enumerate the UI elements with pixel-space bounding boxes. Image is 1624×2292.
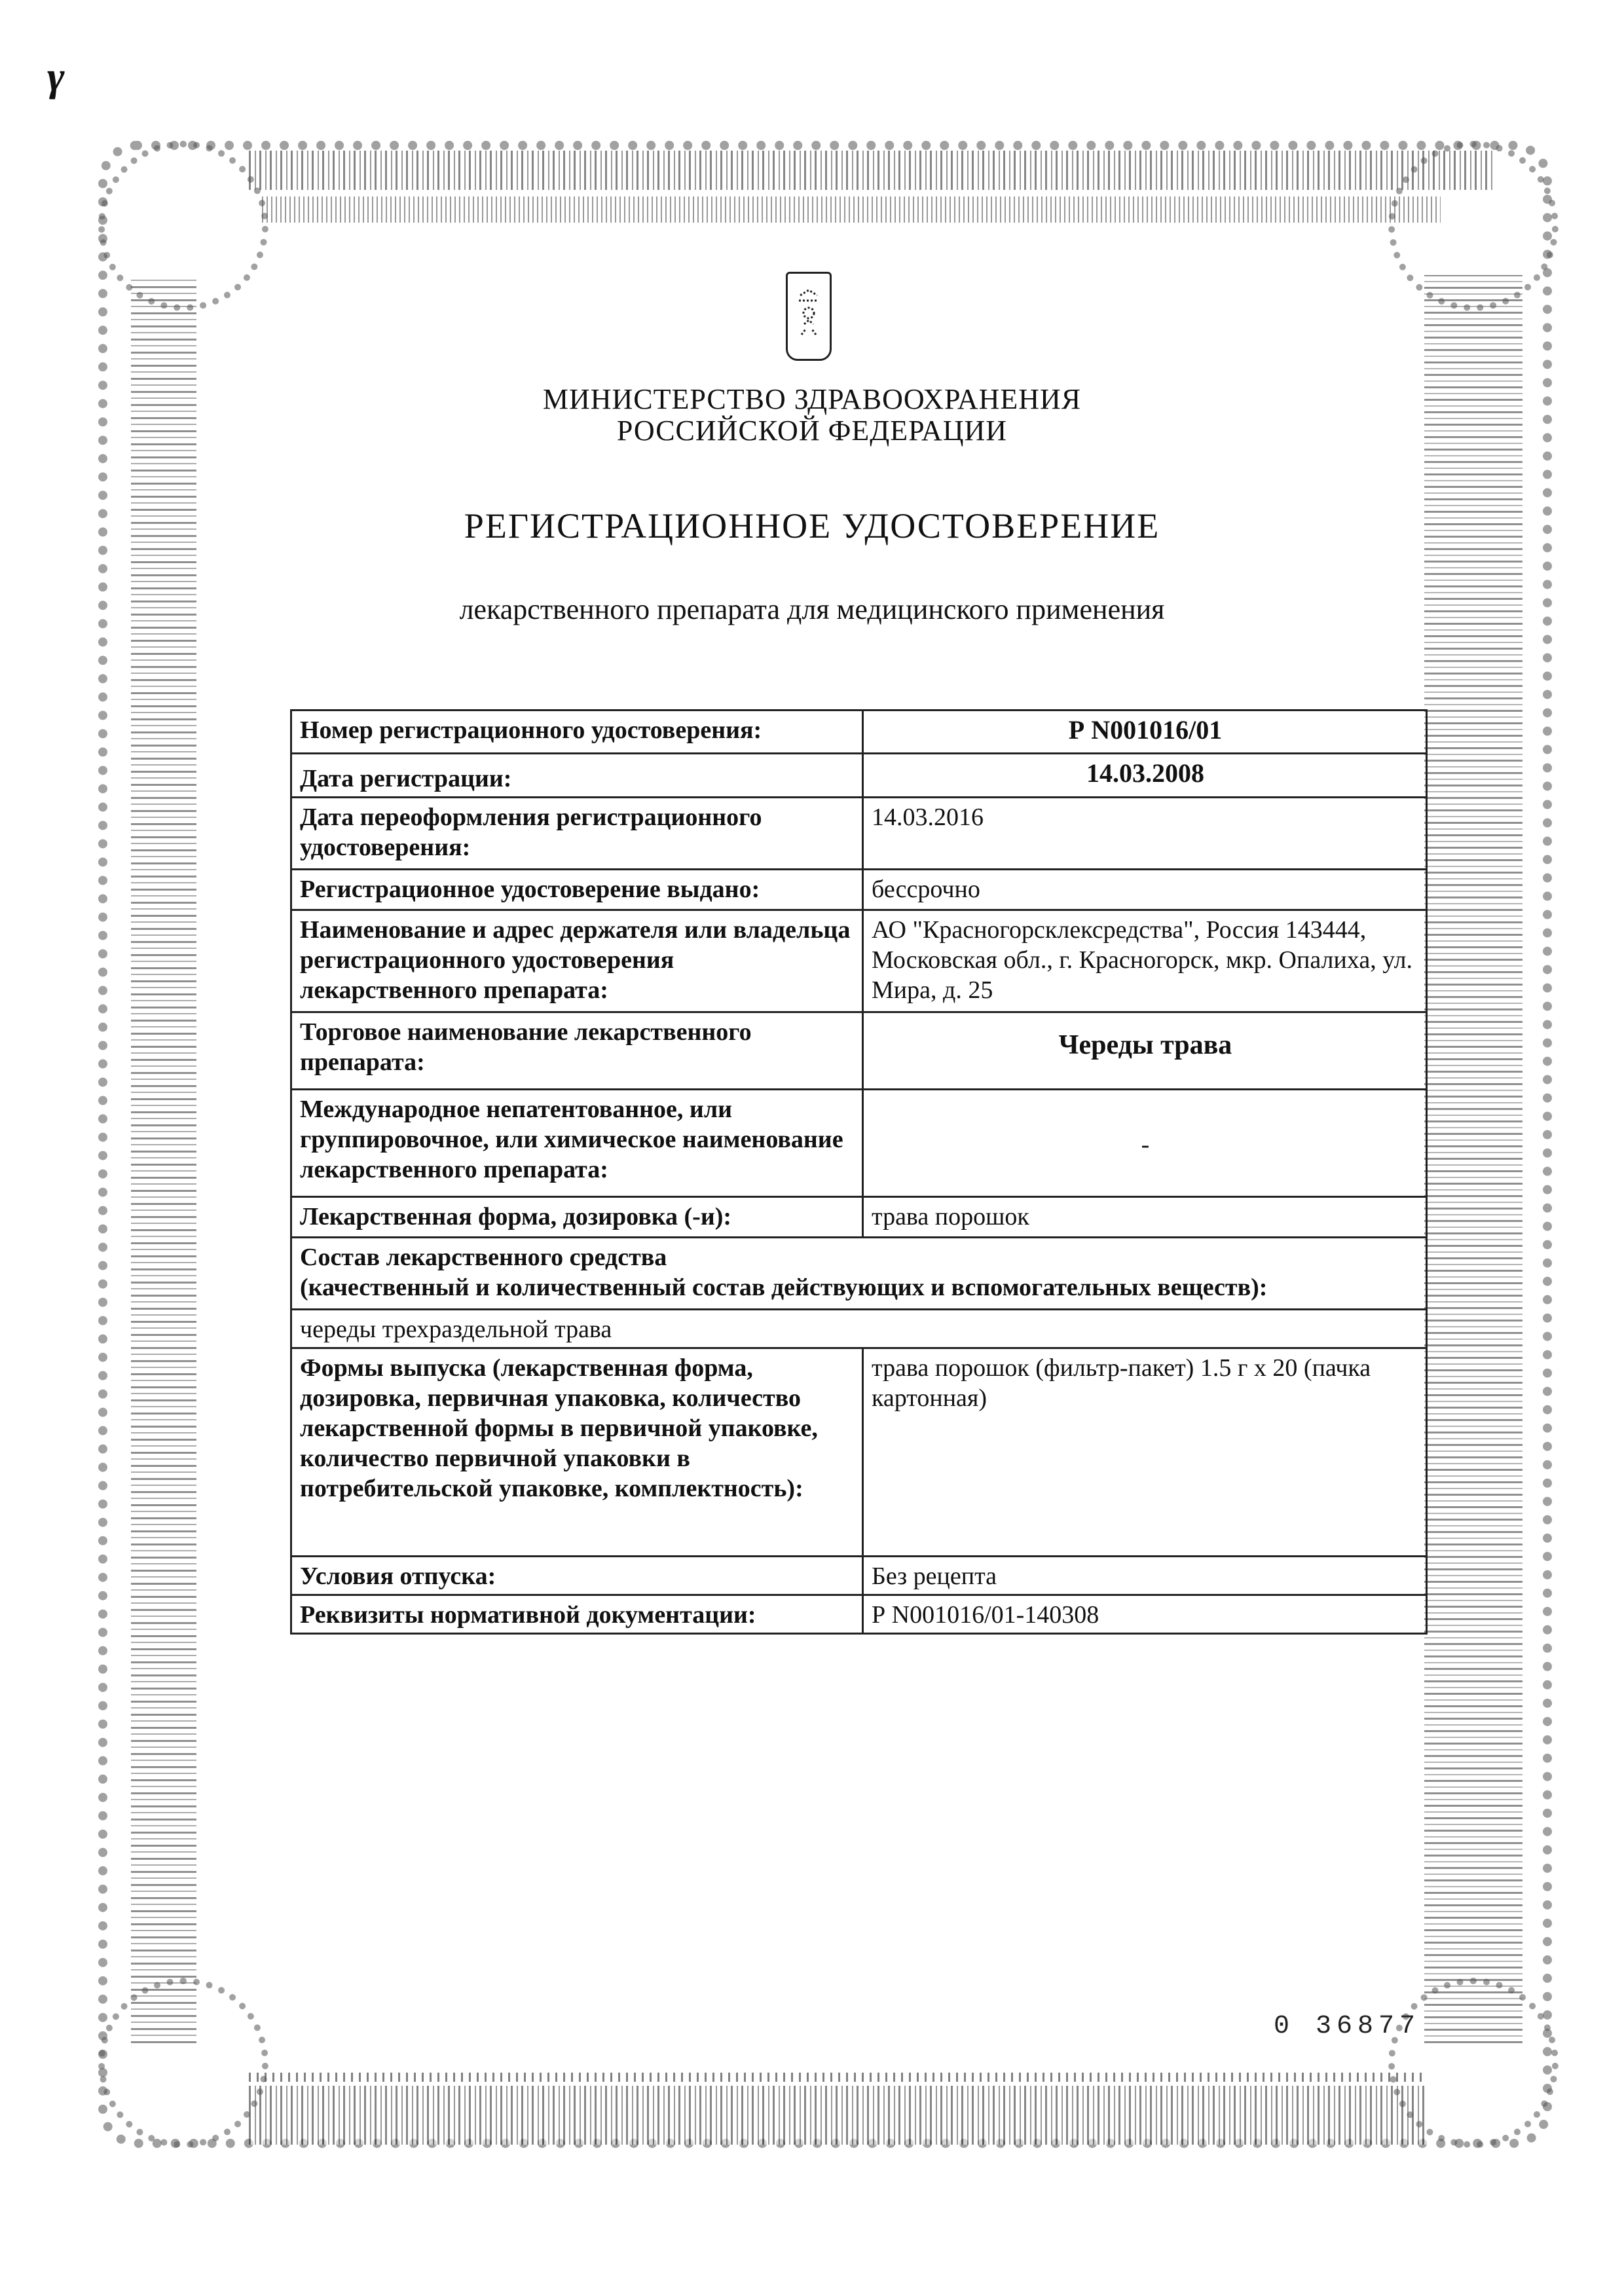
border-pattern-top-inner xyxy=(262,196,1441,223)
table-row: Наименование и адрес держателя или владе… xyxy=(291,910,1427,1012)
rosette-ornament-icon xyxy=(1388,141,1559,311)
table-row: Дата переоформления регистрационного удо… xyxy=(291,798,1427,870)
table-row: Реквизиты нормативной документации: Р N0… xyxy=(291,1595,1427,1634)
rosette-ornament-icon xyxy=(98,141,268,311)
release-forms: трава порошок (фильтр-пакет) 1.5 г x 20 … xyxy=(863,1348,1427,1557)
composition-header-line2: (качественный и количественный состав де… xyxy=(300,1272,1419,1303)
composition-header: Состав лекарственного средства (качестве… xyxy=(291,1238,1427,1310)
row-label: Регистрационное удостоверение выдано: xyxy=(291,870,863,910)
row-label: Условия отпуска: xyxy=(291,1557,863,1595)
border-pattern-top xyxy=(249,151,1493,190)
rosette-ornament-icon xyxy=(1388,1978,1559,2148)
coat-of-arms-icon xyxy=(786,272,832,361)
validity-value: бессрочно xyxy=(863,870,1427,910)
composition-value: череды трехраздельной трава xyxy=(291,1310,1427,1348)
holder-name-address: АО "Красногорсклексредства", Россия 1434… xyxy=(863,910,1427,1012)
border-pattern-bottom-inner xyxy=(249,2073,1428,2082)
table-row: Торговое наименование лекарственного пре… xyxy=(291,1012,1427,1090)
serial-number: 0 36877 xyxy=(1274,2012,1420,2041)
trade-name: Череды трава xyxy=(863,1012,1427,1090)
table-row: Международное непатентованное, или групп… xyxy=(291,1090,1427,1197)
ministry-name-line1: МИНИСТЕРСТВО ЗДРАВООХРАНЕНИЯ xyxy=(0,383,1624,416)
table-row: Дата регистрации: 14.03.2008 xyxy=(291,754,1427,798)
normative-doc-ref: Р N001016/01-140308 xyxy=(863,1595,1427,1634)
row-label: Международное непатентованное, или групп… xyxy=(291,1090,863,1197)
dispensing-conditions: Без рецепта xyxy=(863,1557,1427,1595)
table-row: Номер регистрационного удостоверения: Р … xyxy=(291,711,1427,754)
row-label: Дата регистрации: xyxy=(291,754,863,798)
table-row: Формы выпуска (лекарственная форма, дози… xyxy=(291,1348,1427,1557)
row-label: Торговое наименование лекарственного пре… xyxy=(291,1012,863,1090)
row-label: Реквизиты нормативной документации: xyxy=(291,1595,863,1634)
registration-date: 14.03.2008 xyxy=(863,754,1427,798)
table-row: Регистрационное удостоверение выдано: бе… xyxy=(291,870,1427,910)
row-label: Формы выпуска (лекарственная форма, дози… xyxy=(291,1348,863,1557)
document-title: РЕГИСТРАЦИОННОЕ УДОСТОВЕРЕНИЕ xyxy=(0,506,1624,546)
inn-value: - xyxy=(863,1090,1427,1197)
document-subtitle: лекарственного препарата для медицинског… xyxy=(0,593,1624,626)
rosette-ornament-icon xyxy=(98,1978,268,2148)
border-pattern-bottom xyxy=(249,2086,1428,2145)
reissue-date: 14.03.2016 xyxy=(863,798,1427,870)
row-label: Наименование и адрес держателя или владе… xyxy=(291,910,863,1012)
handwritten-mark: γ xyxy=(47,52,65,101)
table-row: Лекарственная форма, дозировка (-и): тра… xyxy=(291,1197,1427,1238)
ministry-name-line2: РОССИЙСКОЙ ФЕДЕРАЦИИ xyxy=(0,415,1624,447)
registration-table: Номер регистрационного удостоверения: Р … xyxy=(290,709,1428,1635)
registration-number: Р N001016/01 xyxy=(863,711,1427,754)
composition-header-line1: Состав лекарственного средства xyxy=(300,1242,1419,1272)
dosage-form: трава порошок xyxy=(863,1197,1427,1238)
composition-value-row: череды трехраздельной трава xyxy=(291,1310,1427,1348)
row-label: Номер регистрационного удостоверения: xyxy=(291,711,863,754)
row-label: Лекарственная форма, дозировка (-и): xyxy=(291,1197,863,1238)
table-row: Условия отпуска: Без рецепта xyxy=(291,1557,1427,1595)
row-label: Дата переоформления регистрационного удо… xyxy=(291,798,863,870)
composition-header-row: Состав лекарственного средства (качестве… xyxy=(291,1238,1427,1310)
